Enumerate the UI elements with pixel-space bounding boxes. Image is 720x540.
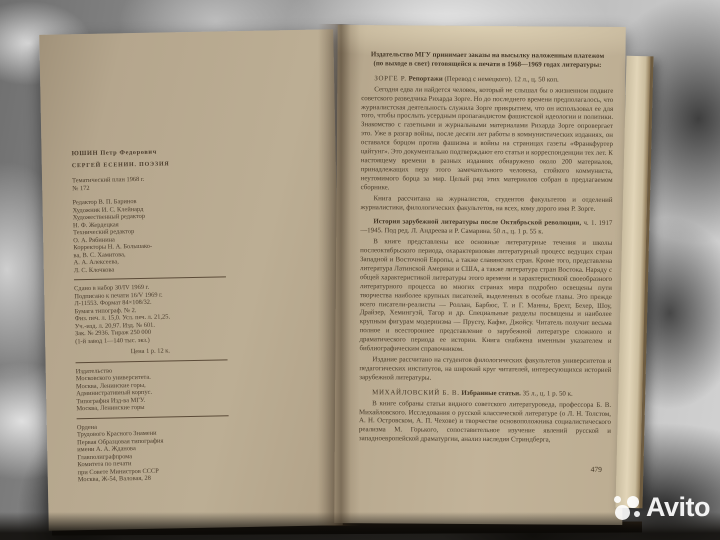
colophon-price: Цена 1 р. 12 к.: [75, 346, 225, 356]
book-entry-audience: Издание рассчитано на студентов филологи…: [359, 356, 611, 384]
avito-logo-icon: [610, 490, 644, 524]
left-page: ЮШИН Петр Федорович СЕРГЕЙ ЕСЕНИН. ПОЭЗИ…: [39, 29, 342, 531]
right-page: Издательство МГУ принимает заказы на выс…: [334, 25, 625, 525]
publisher-notice: Издательство МГУ принимает заказы на выс…: [361, 51, 613, 71]
book-entry-heading: МИХАЙЛОВСКИЙ Б. В. Избранные статьи. 35 …: [359, 389, 611, 400]
avito-circle-icon: [634, 511, 640, 517]
avito-wordmark: Avito: [646, 490, 710, 524]
book-entry-annotation: Сегодня едва ли найдется человек, которы…: [361, 86, 614, 195]
announcements: Издательство МГУ принимает заказы на выс…: [359, 51, 614, 446]
avito-circle-icon: [614, 496, 621, 503]
colophon-printing-house: Ордена Трудового Красного Знамени Первая…: [77, 420, 250, 483]
colophon-print-info: Сдано в набор 30/IV 1969 г. Подписано к …: [74, 282, 247, 345]
colophon-title: СЕРГЕЙ ЕСЕНИН. ПОЭЗИЯ: [72, 159, 244, 170]
book-entry-audience: Книга рассчитана на журналистов, студент…: [360, 195, 612, 215]
avito-circle-icon: [615, 505, 630, 520]
divider-line: [76, 359, 228, 363]
colophon-plan: Тематический план 1968 г. № 172: [72, 174, 244, 192]
divider-line: [74, 276, 226, 280]
avito-watermark: Avito: [610, 490, 710, 524]
divider-line: [77, 415, 229, 419]
book-gutter-shadow: [318, 24, 360, 526]
book-entry-annotation: В книге представлены все основные литера…: [359, 238, 612, 356]
avito-circle-icon: [627, 496, 639, 508]
book-entry-heading: История зарубежной литературы после Октя…: [360, 219, 612, 239]
book-entry-heading: ЗОРГЕ Р. Репортажи (Перевод с немецкого)…: [361, 75, 613, 86]
colophon-author: ЮШИН Петр Федорович: [71, 147, 243, 158]
colophon: ЮШИН Петр Федорович СЕРГЕЙ ЕСЕНИН. ПОЭЗИ…: [71, 147, 249, 484]
book-entry-annotation: В книге собраны статьи видного советског…: [359, 400, 611, 446]
colophon-publisher: Издательство Московского университета. М…: [76, 364, 249, 412]
colophon-staff: Редактор В. П. Баринов Художник И. С. Кл…: [72, 196, 245, 274]
photo-of-open-book: ЮШИН Петр Федорович СЕРГЕЙ ЕСЕНИН. ПОЭЗИ…: [0, 0, 720, 540]
page-number: 479: [591, 465, 602, 474]
